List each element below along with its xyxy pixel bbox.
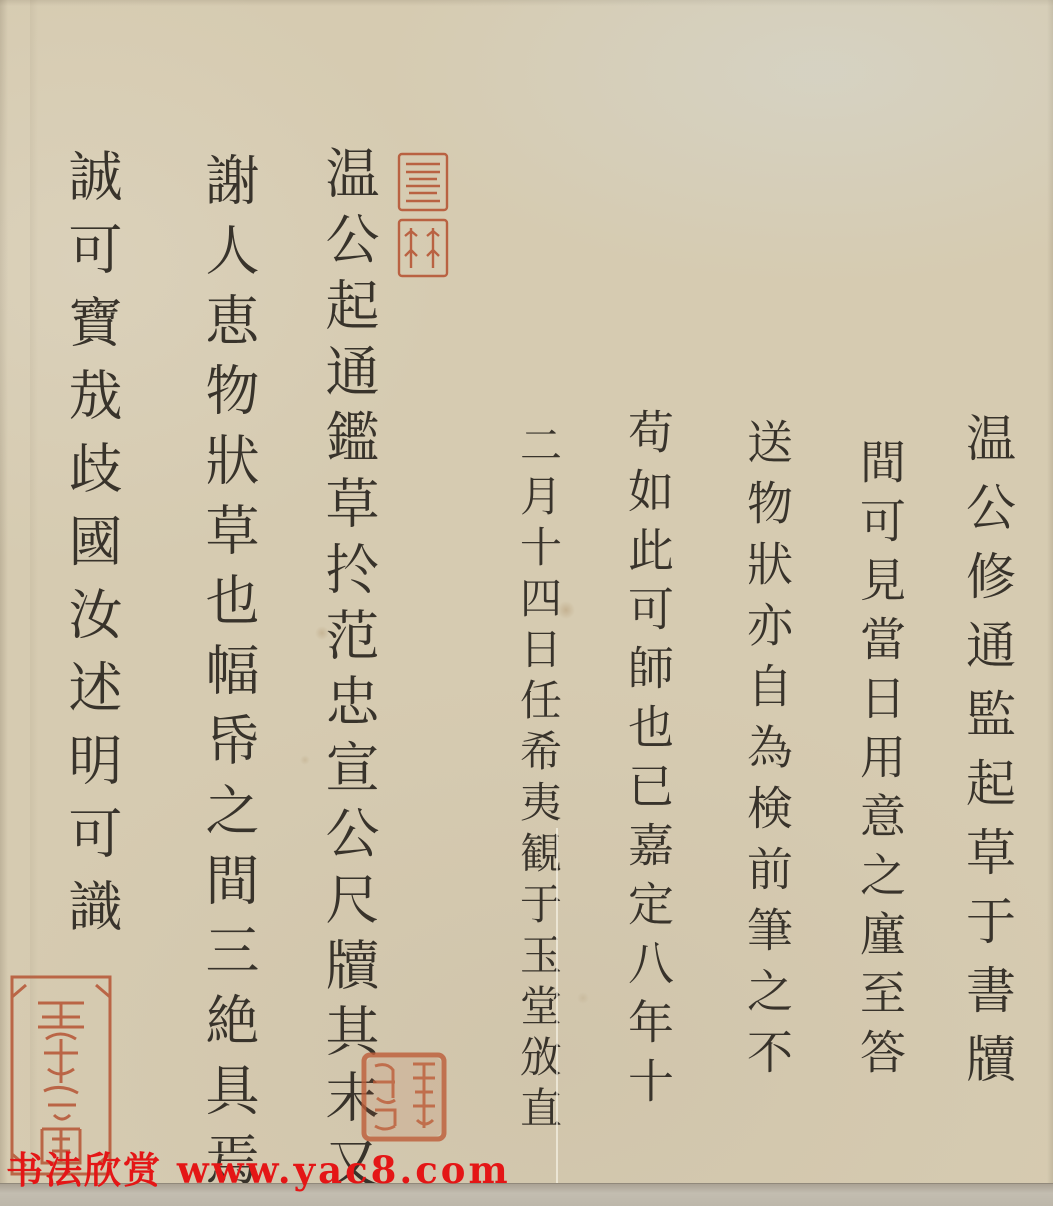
left-colophon-column-1: 温公起通鑑草扵范忠宣公尺牘其末又 — [321, 145, 375, 1201]
right-colophon-column-4: 苟如此可師也已嘉定八年十 — [625, 408, 671, 1116]
watermark-site-name: 书法欣赏 — [6, 1149, 162, 1192]
left-colophon-column-3: 誠可寶㦲歧國汝述明可識 — [64, 148, 118, 951]
paper-edge-shade — [30, 0, 38, 1206]
right-colophon-column-3: 送物狀亦自為検前筆之不 — [744, 418, 790, 1089]
calligraphy-scroll: 温公修通監起草于書牘 間可見當日用意之廑至答 送物狀亦自為検前筆之不 苟如此可師… — [0, 0, 1053, 1206]
watermark-site-url: www.yac8.com — [177, 1148, 511, 1192]
left-colophon-column-2: 謝人恵物狀草也幅帋之間三絶具焉 — [201, 152, 255, 1202]
molin-collector-seal — [397, 152, 449, 280]
paper-crease — [556, 828, 558, 1206]
right-colophon-column-1: 温公修通監起草于書牘 — [962, 412, 1012, 1102]
website-watermark: 书法欣赏 www.yac8.com — [6, 1140, 511, 1194]
right-colophon-column-2: 間可見當日用意之廑至答 — [857, 438, 903, 1087]
square-collector-seal — [361, 1052, 447, 1142]
right-colophon-column-5: 二月十四日任希夷観于玉堂攽直 — [517, 423, 559, 1137]
